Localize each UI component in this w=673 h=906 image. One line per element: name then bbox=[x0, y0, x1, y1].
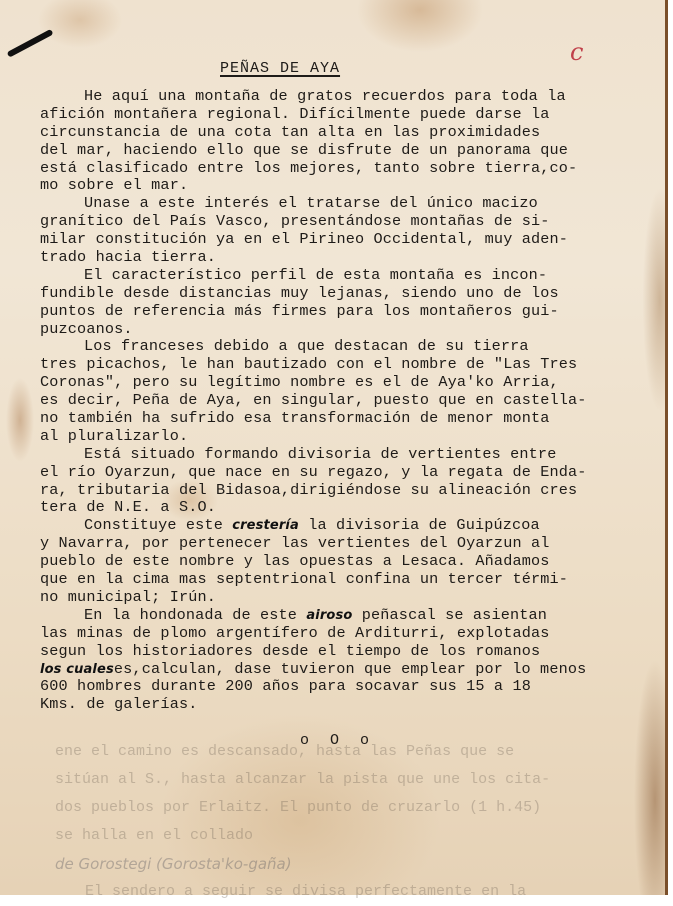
text-line: ra, tributaria del Bidasoa,dirigiéndose … bbox=[40, 482, 660, 500]
text-line: no municipal; Irún. bbox=[40, 589, 660, 607]
document-page: c PEÑAS DE AYA He aquí una montaña de gr… bbox=[0, 0, 668, 895]
text-line: trado hacia tierra. bbox=[40, 249, 660, 267]
pen-slash-mark bbox=[7, 29, 54, 58]
text-line: Coronas", pero su legítimo nombre es el … bbox=[40, 374, 660, 392]
text-line: En la hondonada de este airoso peñascal … bbox=[40, 607, 660, 625]
text-line: es decir, Peña de Aya, en singular, pues… bbox=[40, 392, 660, 410]
text-line: Kms. de galerías. bbox=[40, 696, 660, 714]
bleed-through-text: ene el camino es descansado, hasta las P… bbox=[55, 738, 655, 895]
text-line: Está situado formando divisoria de verti… bbox=[40, 446, 660, 464]
bleed-through-line: El sendero a seguir se divisa perfectame… bbox=[55, 878, 655, 895]
text-line: las minas de plomo argentífero de Arditu… bbox=[40, 625, 660, 643]
handwritten-correction: airoso bbox=[306, 608, 352, 623]
text-line: afición montañera regional. Difícilmente… bbox=[40, 106, 660, 124]
text-line: está clasificado entre los mejores, tant… bbox=[40, 160, 660, 178]
text-line: puzcoanos. bbox=[40, 321, 660, 339]
bleed-through-line: ene el camino es descansado, hasta las P… bbox=[55, 738, 655, 766]
text-line: del mar, haciendo ello que se disfrute d… bbox=[40, 142, 660, 160]
handwritten-correction: los cuales bbox=[40, 662, 114, 677]
text-line: los cualeses,calculan, dase tuvieron que… bbox=[40, 661, 660, 679]
text-line: fundible desde distancias muy lejanas, s… bbox=[40, 285, 660, 303]
text-line: Unase a este interés el tratarse del úni… bbox=[40, 195, 660, 213]
text-line: 600 hombres durante 200 años para socava… bbox=[40, 678, 660, 696]
bleed-through-line: dos pueblos por Erlaitz. El punto de cru… bbox=[55, 794, 655, 822]
handwritten-corner-mark: c bbox=[570, 38, 583, 66]
text-line: El característico perfil de esta montaña… bbox=[40, 267, 660, 285]
text-line: y Navarra, por pertenecer las vertientes… bbox=[40, 535, 660, 553]
text-line: tera de N.E. a S.O. bbox=[40, 499, 660, 517]
handwritten-correction: crestería bbox=[232, 518, 299, 533]
text-line: He aquí una montaña de gratos recuerdos … bbox=[40, 88, 660, 106]
document-body: He aquí una montaña de gratos recuerdos … bbox=[40, 88, 660, 714]
text-line: Constituye este crestería la divisoria d… bbox=[40, 517, 660, 535]
text-line: granítico del País Vasco, presentándose … bbox=[40, 213, 660, 231]
text-line: milar constitución ya en el Pirineo Occi… bbox=[40, 231, 660, 249]
bleed-through-line: sitúan al S., hasta alcanzar la pista qu… bbox=[55, 766, 655, 794]
text-line: mo sobre el mar. bbox=[40, 177, 660, 195]
text-line: segun los historiadores desde el tiempo … bbox=[40, 643, 660, 661]
text-line: el río Oyarzun, que nace en su regazo, y… bbox=[40, 464, 660, 482]
text-line: pueblo de este nombre y las opuestas a L… bbox=[40, 553, 660, 571]
text-line: circunstancia de una cota tan alta en la… bbox=[40, 124, 660, 142]
bleed-through-line: de Gorostegi (Gorosta'ko-gaña) bbox=[55, 850, 655, 878]
text-line: tres picachos, le han bautizado con el n… bbox=[40, 356, 660, 374]
text-line: no también ha sufrido esa transformación… bbox=[40, 410, 660, 428]
bleed-through-line: se halla en el collado bbox=[55, 822, 655, 850]
document-title: PEÑAS DE AYA bbox=[220, 60, 340, 77]
text-line: al pluralizarlo. bbox=[40, 428, 660, 446]
text-line: puntos de referencia más firmes para los… bbox=[40, 303, 660, 321]
text-line: Los franceses debido a que destacan de s… bbox=[40, 338, 660, 356]
text-line: que en la cima mas septentrional confina… bbox=[40, 571, 660, 589]
